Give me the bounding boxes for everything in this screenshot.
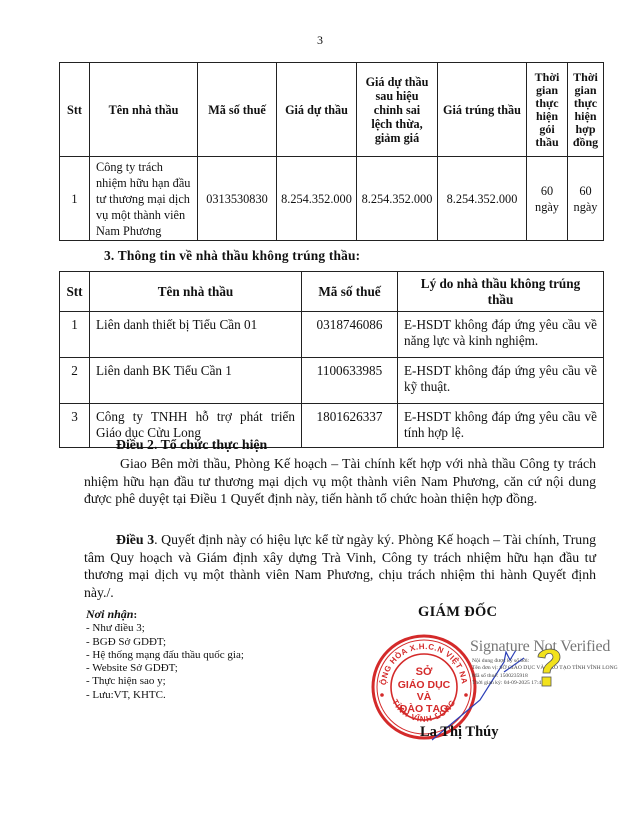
cell-bid-price: 8.254.352.000	[277, 157, 357, 241]
col-header-tax-code: Mã số thuế	[198, 63, 277, 157]
losing-bidders-table: Stt Tên nhà thầu Mã số thuế Lý do nhà th…	[59, 271, 604, 448]
cell-reason: E-HSDT không đáp ứng yêu cầu về tính hợp…	[398, 404, 604, 448]
cell-name: Liên danh thiết bị Tiểu Cần 01	[90, 312, 302, 358]
col-header-winning-price: Giá trúng thầu	[438, 63, 527, 157]
col-header-bid-price: Giá dự thầu	[277, 63, 357, 157]
signer-name: La Thị Thúy	[420, 724, 498, 741]
table-header-row: Stt Tên nhà thầu Mã số thuế Lý do nhà th…	[60, 272, 604, 312]
cell-tax-code: 0318746086	[302, 312, 398, 358]
cell-stt: 1	[60, 312, 90, 358]
recipient-item: - Như điều 3;	[86, 622, 244, 635]
cell-name: Công ty trách nhiệm hữu hạn đầu tư thươn…	[90, 157, 198, 241]
article-3-label: Điều 3	[116, 532, 154, 547]
col-header-name: Tên nhà thầu	[90, 272, 302, 312]
signer-position: GIÁM ĐỐC	[418, 604, 497, 621]
question-mark-icon	[530, 645, 566, 691]
cell-contract-duration: 60 ngày	[568, 157, 604, 241]
winning-bidder-table: Stt Tên nhà thầu Mã số thuế Giá dự thầu …	[59, 62, 604, 241]
col-header-tax-code: Mã số thuế	[302, 272, 398, 312]
cell-package-duration: 60 ngày	[527, 157, 568, 241]
cell-stt: 2	[60, 358, 90, 404]
col-header-package-duration: Thời gian thực hiện gói thầu	[527, 63, 568, 157]
recipient-item: - Website Sở GDĐT;	[86, 662, 244, 675]
table-row: 2 Liên danh BK Tiểu Cần 1 1100633985 E-H…	[60, 358, 604, 404]
cell-reason: E-HSDT không đáp ứng yêu cầu về kỹ thuật…	[398, 358, 604, 404]
cell-tax-code: 1100633985	[302, 358, 398, 404]
article-2-body: Giao Bên mời thầu, Phòng Kế hoạch – Tài …	[84, 455, 596, 508]
recipient-item: - Hệ thống mạng đấu thầu quốc gia;	[86, 649, 244, 662]
table-row: 1 Công ty trách nhiệm hữu hạn đầu tư thư…	[60, 157, 604, 241]
table-row: 1 Liên danh thiết bị Tiểu Cần 01 0318746…	[60, 312, 604, 358]
table-header-row: Stt Tên nhà thầu Mã số thuế Giá dự thầu …	[60, 63, 604, 157]
cell-name: Liên danh BK Tiểu Cần 1	[90, 358, 302, 404]
col-header-stt: Stt	[60, 272, 90, 312]
recipients-title: Nơi nhận:	[86, 608, 244, 622]
cell-reason: E-HSDT không đáp ứng yêu cầu về năng lực…	[398, 312, 604, 358]
cell-tax-code: 0313530830	[198, 157, 277, 241]
recipient-item: - Lưu:VT, KHTC.	[86, 689, 244, 702]
cell-winning-price: 8.254.352.000	[438, 157, 527, 241]
cell-stt: 3	[60, 404, 90, 448]
col-header-adjusted-price: Giá dự thầu sau hiệu chỉnh sai lệch thừa…	[357, 63, 438, 157]
col-header-stt: Stt	[60, 63, 90, 157]
article-2-heading: Điều 2. Tổ chức thực hiện	[116, 437, 267, 453]
article-3-body: . Quyết định này có hiệu lực kể từ ngày …	[84, 532, 596, 600]
recipients-block: Nơi nhận: - Như điều 3; - BGĐ Sở GDĐT; -…	[86, 608, 244, 702]
recipient-item: - Thực hiện sao y;	[86, 675, 244, 688]
page-number: 3	[0, 33, 640, 48]
article-3-paragraph: Điều 3. Quyết định này có hiệu lực kể từ…	[84, 531, 596, 601]
cell-stt: 1	[60, 157, 90, 241]
section-3-title: 3. Thông tin về nhà thầu không trúng thầ…	[104, 248, 360, 264]
col-header-name: Tên nhà thầu	[90, 63, 198, 157]
col-header-contract-duration: Thời gian thực hiện hợp đồng	[568, 63, 604, 157]
cell-tax-code: 1801626337	[302, 404, 398, 448]
recipient-item: - BGĐ Sở GDĐT;	[86, 636, 244, 649]
cell-adjusted-price: 8.254.352.000	[357, 157, 438, 241]
col-header-reason: Lý do nhà thầu không trúng thầu	[398, 272, 604, 312]
